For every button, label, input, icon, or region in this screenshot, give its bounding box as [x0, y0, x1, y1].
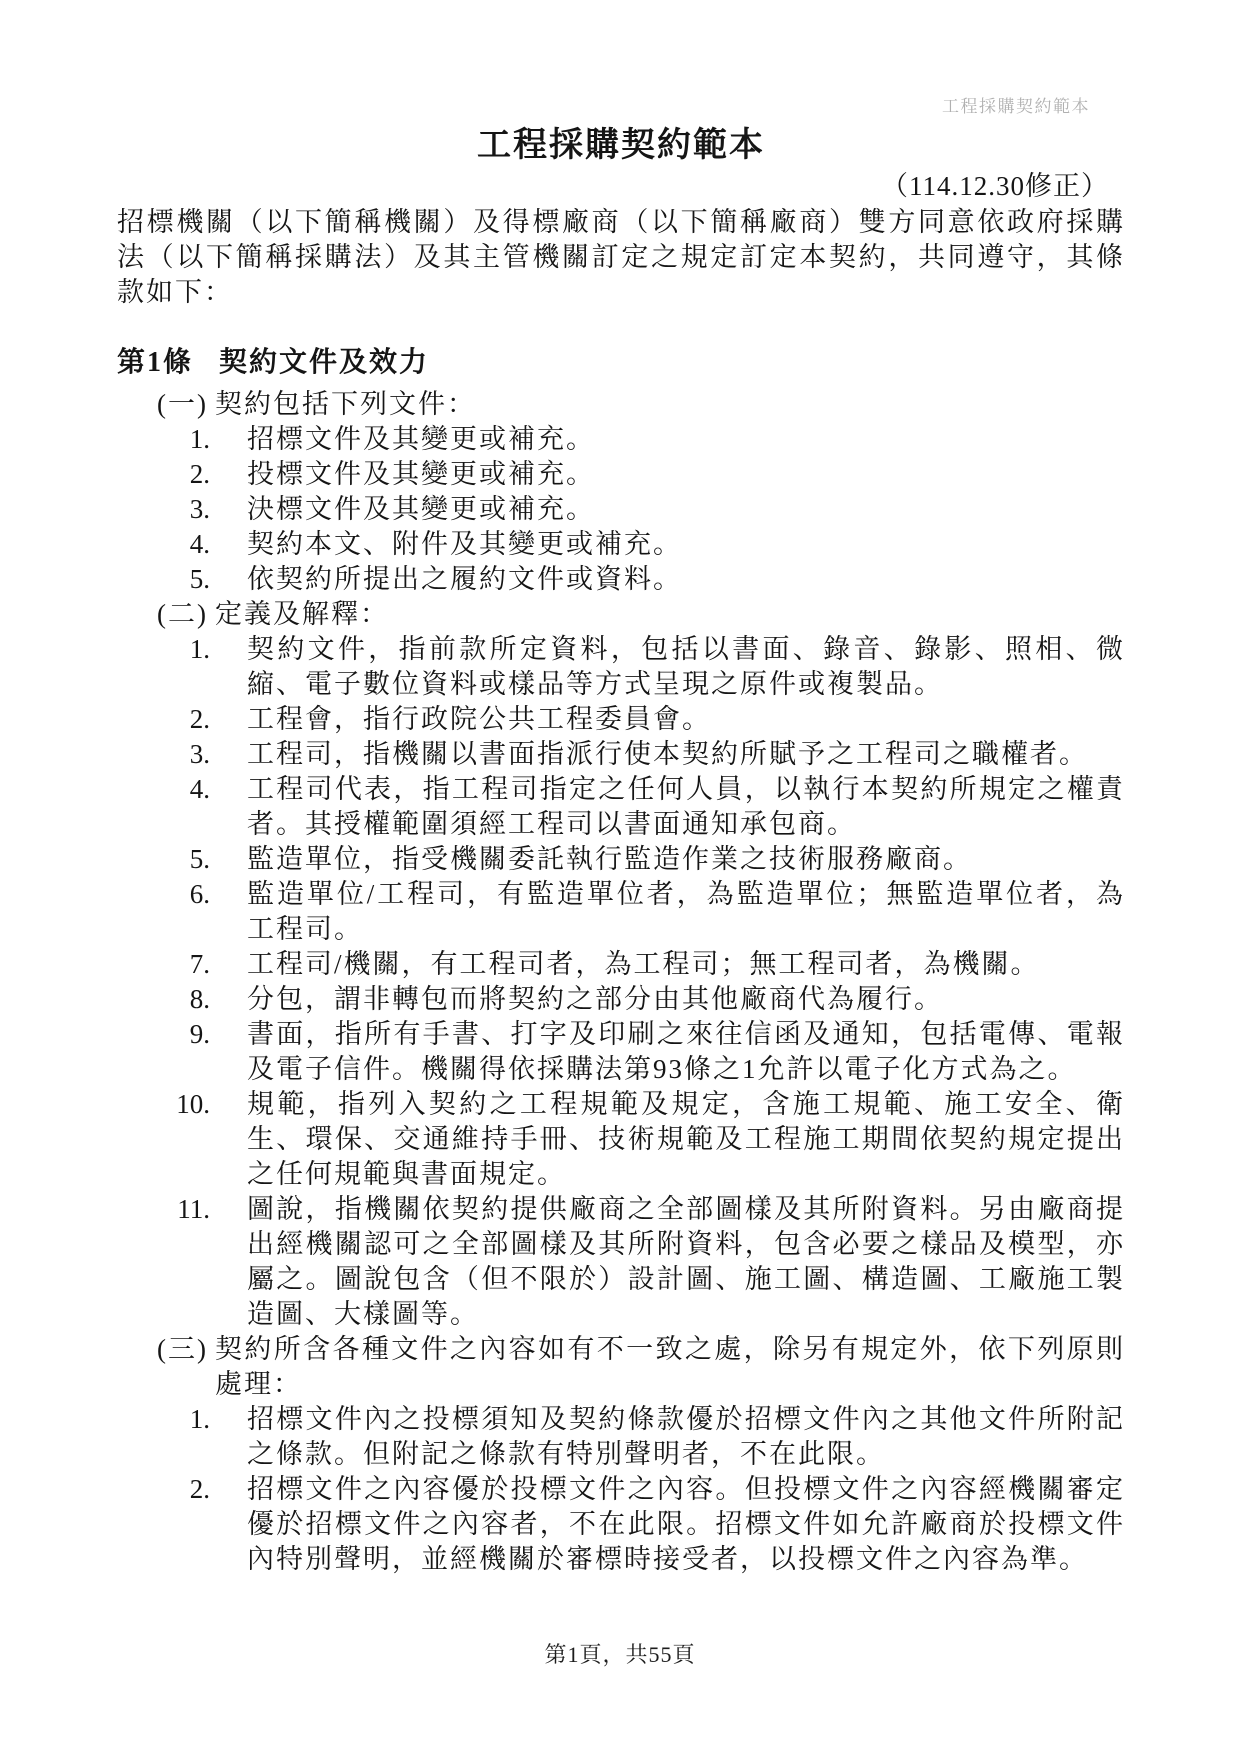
subitem-row: 3. 工程司，指機關以書面指派行使本契約所賦予之工程司之職權者。	[170, 737, 1125, 772]
clause-text: 契約所含各種文件之內容如有不一致之處，除另有規定外，依下列原則處理：	[215, 1332, 1125, 1402]
subitem-marker: 2.	[170, 702, 210, 737]
subitem-row: 2. 工程會，指行政院公共工程委員會。	[170, 702, 1125, 737]
clause-row: (一) 契約包括下列文件：	[157, 387, 1125, 422]
subitem-row: 7. 工程司/機關，有工程司者，為工程司；無工程司者，為機關。	[170, 947, 1125, 982]
intro-paragraph: 招標機關（以下簡稱機關）及得標廠商（以下簡稱廠商）雙方同意依政府採購法（以下簡稱…	[117, 205, 1125, 310]
article-number: 第1條	[117, 347, 193, 378]
document-title: 工程採購契約範本	[117, 0, 1125, 166]
subitem-marker: 1.	[170, 422, 210, 457]
subitem-row: 2. 招標文件之內容優於投標文件之內容。但投標文件之內容經機關審定優於招標文件之…	[170, 1472, 1125, 1577]
subitem-text: 規範，指列入契約之工程規範及規定，含施工規範、施工安全、衛生、環保、交通維持手冊…	[247, 1087, 1125, 1192]
subitem-marker: 6.	[170, 877, 210, 947]
clause-marker: (三)	[157, 1332, 215, 1402]
subitem-text: 投標文件及其變更或補充。	[247, 457, 1125, 492]
subitem-text: 招標文件內之投標須知及契約條款優於招標文件內之其他文件所附記之條款。但附記之條款…	[247, 1402, 1125, 1472]
subitem-row: 11. 圖說，指機關依契約提供廠商之全部圖樣及其所附資料。另由廠商提出經機關認可…	[170, 1192, 1125, 1332]
subitem-text: 工程司/機關，有工程司者，為工程司；無工程司者，為機關。	[247, 947, 1125, 982]
subitem-text: 招標文件及其變更或補充。	[247, 422, 1125, 457]
subitem-row: 1. 契約文件，指前款所定資料，包括以書面、錄音、錄影、照相、微縮、電子數位資料…	[170, 632, 1125, 702]
subitem-marker: 10.	[170, 1087, 210, 1192]
subitem-text: 工程司，指機關以書面指派行使本契約所賦予之工程司之職權者。	[247, 737, 1125, 772]
subitem-row: 5. 監造單位，指受機關委託執行監造作業之技術服務廠商。	[170, 842, 1125, 877]
subitem-row: 10. 規範，指列入契約之工程規範及規定，含施工規範、施工安全、衛生、環保、交通…	[170, 1087, 1125, 1192]
subitem-text: 招標文件之內容優於投標文件之內容。但投標文件之內容經機關審定優於招標文件之內容者…	[247, 1472, 1125, 1577]
subitem-marker: 4.	[170, 527, 210, 562]
subitem-text: 決標文件及其變更或補充。	[247, 492, 1125, 527]
clause-marker: (二)	[157, 597, 215, 632]
clause-text: 契約包括下列文件：	[215, 387, 1125, 422]
subitem-text: 工程會，指行政院公共工程委員會。	[247, 702, 1125, 737]
subitem-text: 監造單位，指受機關委託執行監造作業之技術服務廠商。	[247, 842, 1125, 877]
subitem-marker: 1.	[170, 632, 210, 702]
subitem-text: 契約本文、附件及其變更或補充。	[247, 527, 1125, 562]
subitem-row: 3. 決標文件及其變更或補充。	[170, 492, 1125, 527]
subitem-text: 分包，謂非轉包而將契約之部分由其他廠商代為履行。	[247, 982, 1125, 1017]
page-footer: 第1頁，共55頁	[0, 1638, 1240, 1669]
subitem-marker: 4.	[170, 772, 210, 842]
subitem-text: 監造單位/工程司，有監造單位者，為監造單位；無監造單位者，為工程司。	[247, 877, 1125, 947]
subitem-marker: 5.	[170, 842, 210, 877]
subitem-marker: 7.	[170, 947, 210, 982]
clause-text: 定義及解釋：	[215, 597, 1125, 632]
subitem-marker: 9.	[170, 1017, 210, 1087]
subitem-row: 9. 書面，指所有手書、打字及印刷之來往信函及通知，包括電傳、電報及電子信件。機…	[170, 1017, 1125, 1087]
subitem-marker: 8.	[170, 982, 210, 1017]
subitem-text: 書面，指所有手書、打字及印刷之來往信函及通知，包括電傳、電報及電子信件。機關得依…	[247, 1017, 1125, 1087]
subitem-row: 4. 契約本文、附件及其變更或補充。	[170, 527, 1125, 562]
subitem-marker: 3.	[170, 492, 210, 527]
subitem-row: 1. 招標文件及其變更或補充。	[170, 422, 1125, 457]
subitem-text: 契約文件，指前款所定資料，包括以書面、錄音、錄影、照相、微縮、電子數位資料或樣品…	[247, 632, 1125, 702]
subitem-text: 圖說，指機關依契約提供廠商之全部圖樣及其所附資料。另由廠商提出經機關認可之全部圖…	[247, 1192, 1125, 1332]
subitem-text: 工程司代表，指工程司指定之任何人員，以執行本契約所規定之權責者。其授權範圍須經工…	[247, 772, 1125, 842]
subitem-row: 4. 工程司代表，指工程司指定之任何人員，以執行本契約所規定之權責者。其授權範圍…	[170, 772, 1125, 842]
article-title: 契約文件及效力	[219, 347, 429, 378]
subitem-row: 6. 監造單位/工程司，有監造單位者，為監造單位；無監造單位者，為工程司。	[170, 877, 1125, 947]
subitem-row: 5. 依契約所提出之履約文件或資料。	[170, 562, 1125, 597]
running-header: 工程採購契約範本	[942, 92, 1090, 117]
document-page: 工程採購契約範本 工程採購契約範本 （114.12.30修正） 招標機關（以下簡…	[0, 0, 1240, 1754]
clause-row: (二) 定義及解釋：	[157, 597, 1125, 632]
article-heading: 第1條契約文件及效力	[117, 344, 1125, 381]
subitem-marker: 3.	[170, 737, 210, 772]
subitem-row: 1. 招標文件內之投標須知及契約條款優於招標文件內之其他文件所附記之條款。但附記…	[170, 1402, 1125, 1472]
subitem-text: 依契約所提出之履約文件或資料。	[247, 562, 1125, 597]
revision-note: （114.12.30修正）	[117, 170, 1125, 203]
subitem-row: 2. 投標文件及其變更或補充。	[170, 457, 1125, 492]
subitem-marker: 2.	[170, 457, 210, 492]
subitem-marker: 11.	[170, 1192, 210, 1332]
clause-row: (三) 契約所含各種文件之內容如有不一致之處，除另有規定外，依下列原則處理：	[157, 1332, 1125, 1402]
subitem-marker: 2.	[170, 1472, 210, 1577]
clause-marker: (一)	[157, 387, 215, 422]
subitem-row: 8. 分包，謂非轉包而將契約之部分由其他廠商代為履行。	[170, 982, 1125, 1017]
subitem-marker: 5.	[170, 562, 210, 597]
clause-list: (一) 契約包括下列文件： 1. 招標文件及其變更或補充。 2. 投標文件及其變…	[117, 387, 1125, 1577]
subitem-marker: 1.	[170, 1402, 210, 1472]
